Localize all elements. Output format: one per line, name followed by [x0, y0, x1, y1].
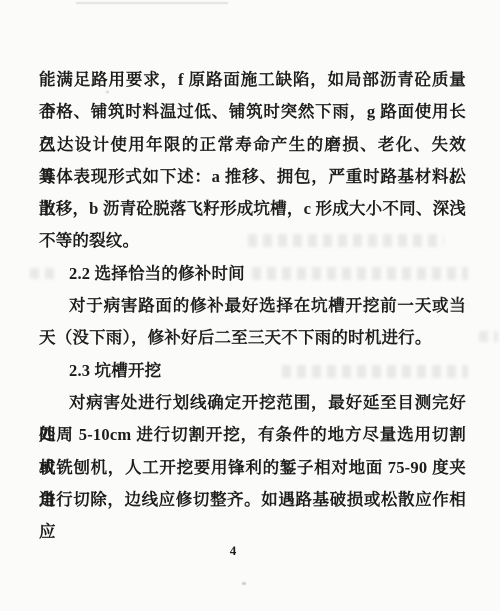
scan-artifact-top-line — [76, 2, 228, 4]
text-line: 进行切除，边线应修切整齐。如遇路基破损或松散应作相应 — [39, 484, 466, 516]
text-line: 具体表现形式如下述：a 推移、拥包，严重时路基材料松散 — [39, 161, 466, 193]
page-number: 4 — [0, 543, 466, 559]
bleedthrough-smudge — [30, 268, 60, 279]
text-line: 天（没下雨），修补好后二至三天不下雨的时机进行。 — [39, 322, 466, 354]
paper-speck — [106, 91, 109, 93]
text-line: 四周 5-10cm 进行切割开挖，有条件的地方尽量选用切割机 — [39, 419, 466, 451]
text-line: 能满足路用要求，f 原路面施工缺陷，如局部沥青砼质量不 — [39, 64, 466, 96]
text-line: 上移，b 沥青砼脱落飞籽形成坑槽，c 形成大小不同、深浅 — [39, 193, 466, 225]
paper-speck — [227, 76, 230, 78]
text-line: 或铣刨机，人工开挖要用锋利的錾子相对地面 75-90 度夹角 — [39, 452, 466, 484]
bleedthrough-smudge — [252, 267, 468, 280]
bleedthrough-smudge — [248, 234, 444, 247]
bleedthrough-smudge — [452, 299, 468, 309]
paper-speck — [242, 582, 246, 585]
bleedthrough-smudge — [282, 365, 468, 378]
body-text-block: 能满足路用要求，f 原路面施工缺陷，如局部沥青砼质量不 合格、铺筑时料温过低、铺… — [39, 64, 466, 516]
text-line: 合格、铺筑时料温过低、铺筑时突然下雨，g 路面使用长久 — [39, 96, 466, 128]
text-line: 对于病害路面的修补最好选择在坑槽开挖前一天或当 — [39, 290, 466, 322]
bleedthrough-smudge — [479, 331, 498, 342]
text-line: 对病害处进行划线确定开挖范围，最好延至目测完好处 — [39, 387, 466, 419]
scanned-document-page: 能满足路用要求，f 原路面施工缺陷，如局部沥青砼质量不 合格、铺筑时料温过低、铺… — [0, 0, 500, 611]
text-line: 已达设计使用年限的正常寿命产生的磨损、老化、失效等。 — [39, 129, 466, 161]
